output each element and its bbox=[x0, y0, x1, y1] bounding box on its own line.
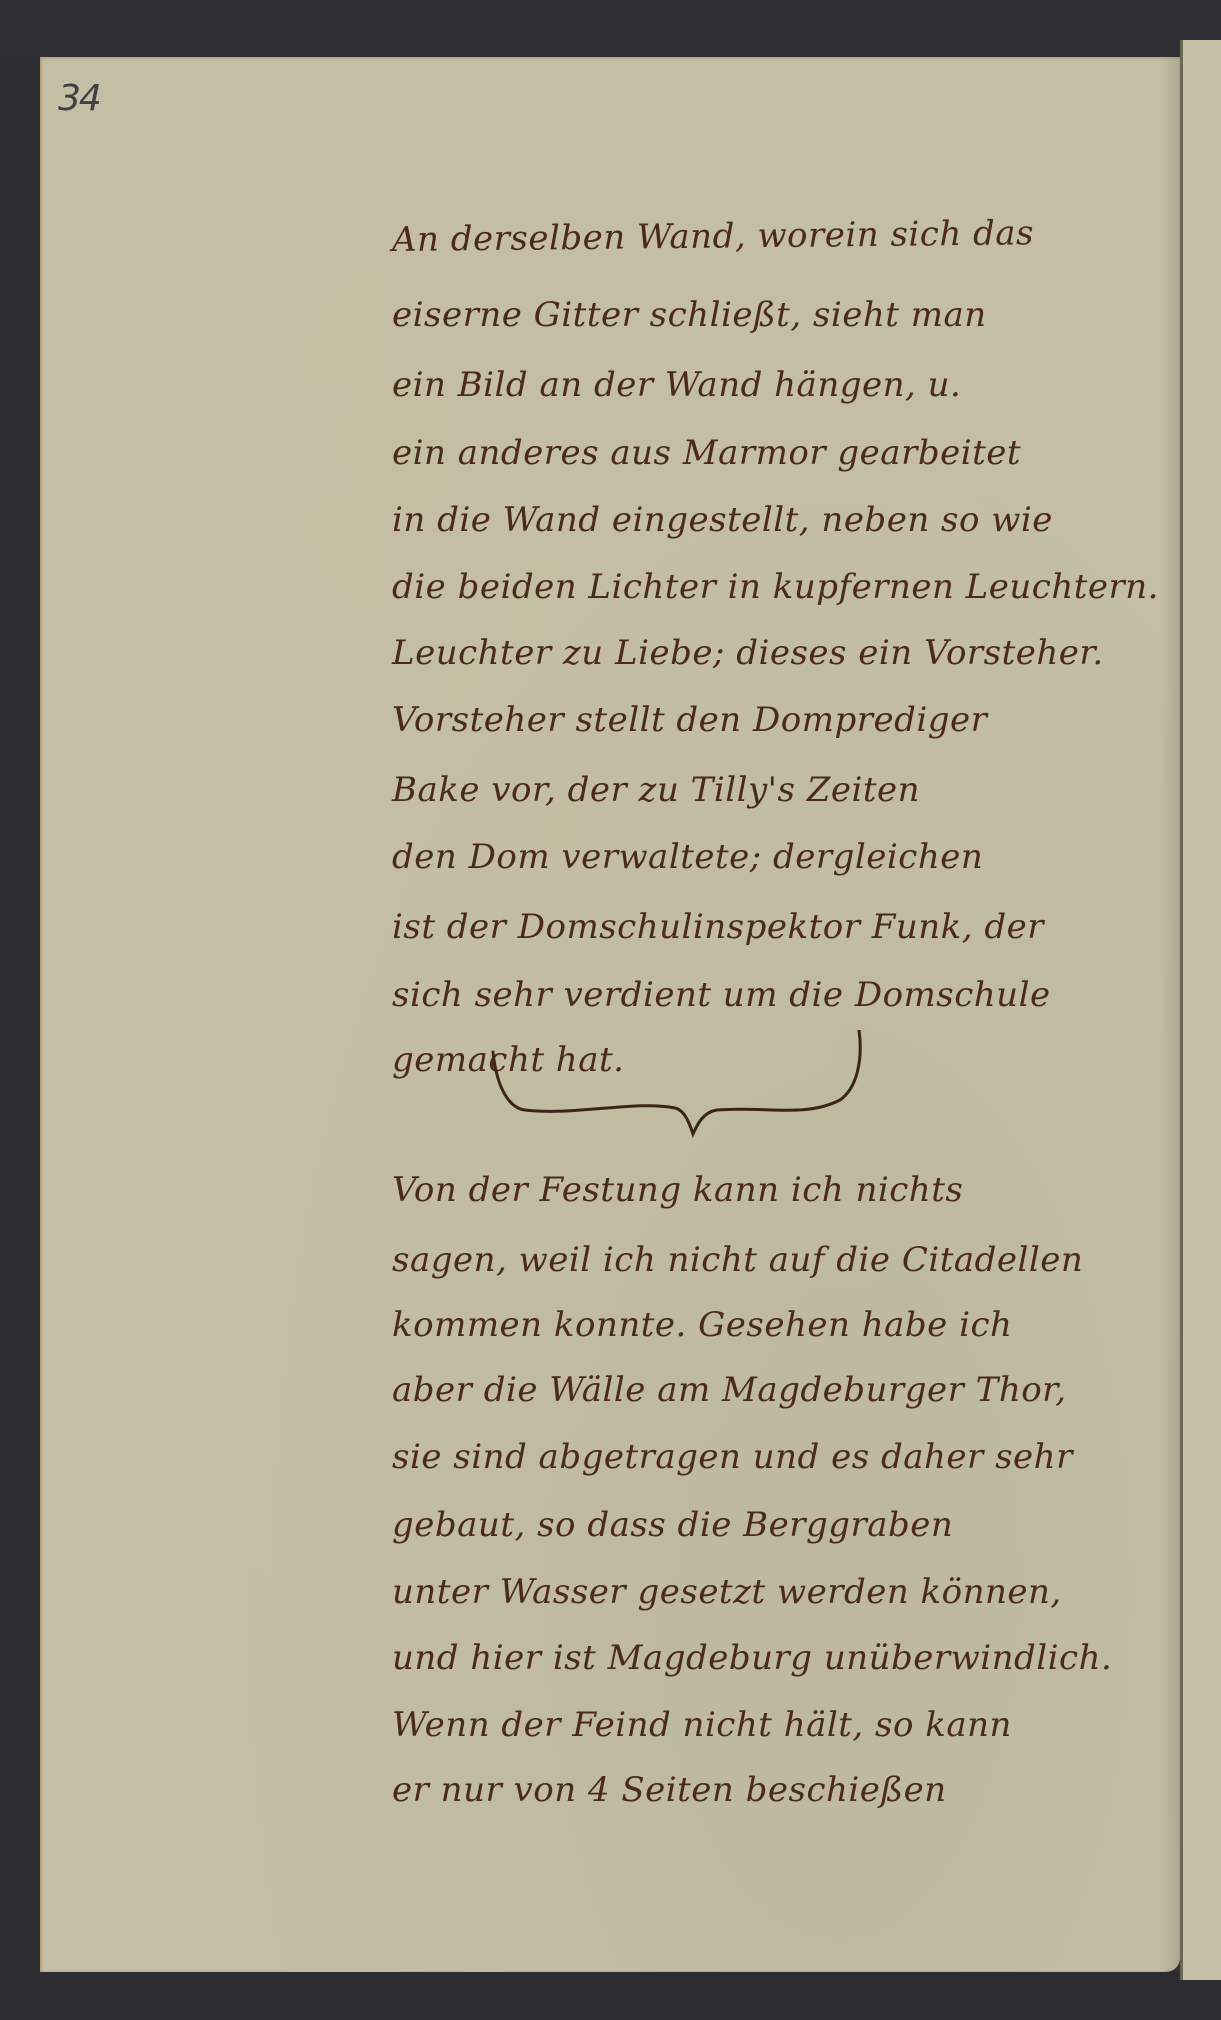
manuscript-line: gebaut, so dass die Berggraben bbox=[392, 1505, 953, 1545]
manuscript-line: Von der Festung kann ich nichts bbox=[392, 1170, 963, 1210]
manuscript-line: sich sehr verdient um die Domschule bbox=[392, 975, 1051, 1015]
manuscript-line: ist der Domschulinspektor Funk, der bbox=[392, 907, 1044, 947]
manuscript-line: An derselben Wand, worein sich das bbox=[392, 213, 1034, 260]
manuscript-line: kommen konnte. Gesehen habe ich bbox=[392, 1305, 1012, 1345]
manuscript-line: sagen, weil ich nicht auf die Citadellen bbox=[392, 1240, 1083, 1280]
manuscript-line: und hier ist Magdeburg unüberwindlich. bbox=[392, 1638, 1112, 1678]
manuscript-line: Bake vor, der zu Tilly's Zeiten bbox=[392, 770, 920, 810]
manuscript-line: den Dom verwaltete; dergleichen bbox=[392, 837, 983, 877]
manuscript-line: aber die Wälle am Magdeburger Thor, bbox=[392, 1370, 1067, 1410]
manuscript-line: Leuchter zu Liebe; dieses ein Vorsteher. bbox=[392, 633, 1104, 673]
gutter-shadow bbox=[1160, 57, 1180, 1972]
manuscript-line: sie sind abgetragen und es daher sehr bbox=[392, 1437, 1073, 1477]
manuscript-line: in die Wand eingestellt, neben so wie bbox=[392, 500, 1053, 540]
manuscript-line: Vorsteher stellt den Domprediger bbox=[392, 700, 987, 740]
manuscript-line: ein Bild an der Wand hängen, u. bbox=[392, 365, 961, 405]
scan-background bbox=[0, 0, 1221, 57]
folio-number: 34 bbox=[58, 78, 100, 119]
adjacent-page-edge bbox=[1180, 40, 1221, 1980]
manuscript-line: unter Wasser gesetzt werden können, bbox=[392, 1572, 1062, 1612]
manuscript-line: ein anderes aus Marmor gearbeitet bbox=[392, 433, 1021, 473]
manuscript-line: die beiden Lichter in kupfernen Leuchter… bbox=[392, 567, 1159, 607]
manuscript-line: er nur von 4 Seiten beschießen bbox=[392, 1770, 947, 1810]
manuscript-line: eiserne Gitter schließt, sieht man bbox=[392, 295, 987, 335]
manuscript-line: Wenn der Feind nicht hält, so kann bbox=[392, 1705, 1012, 1745]
brace-divider-ornament bbox=[485, 1030, 875, 1140]
